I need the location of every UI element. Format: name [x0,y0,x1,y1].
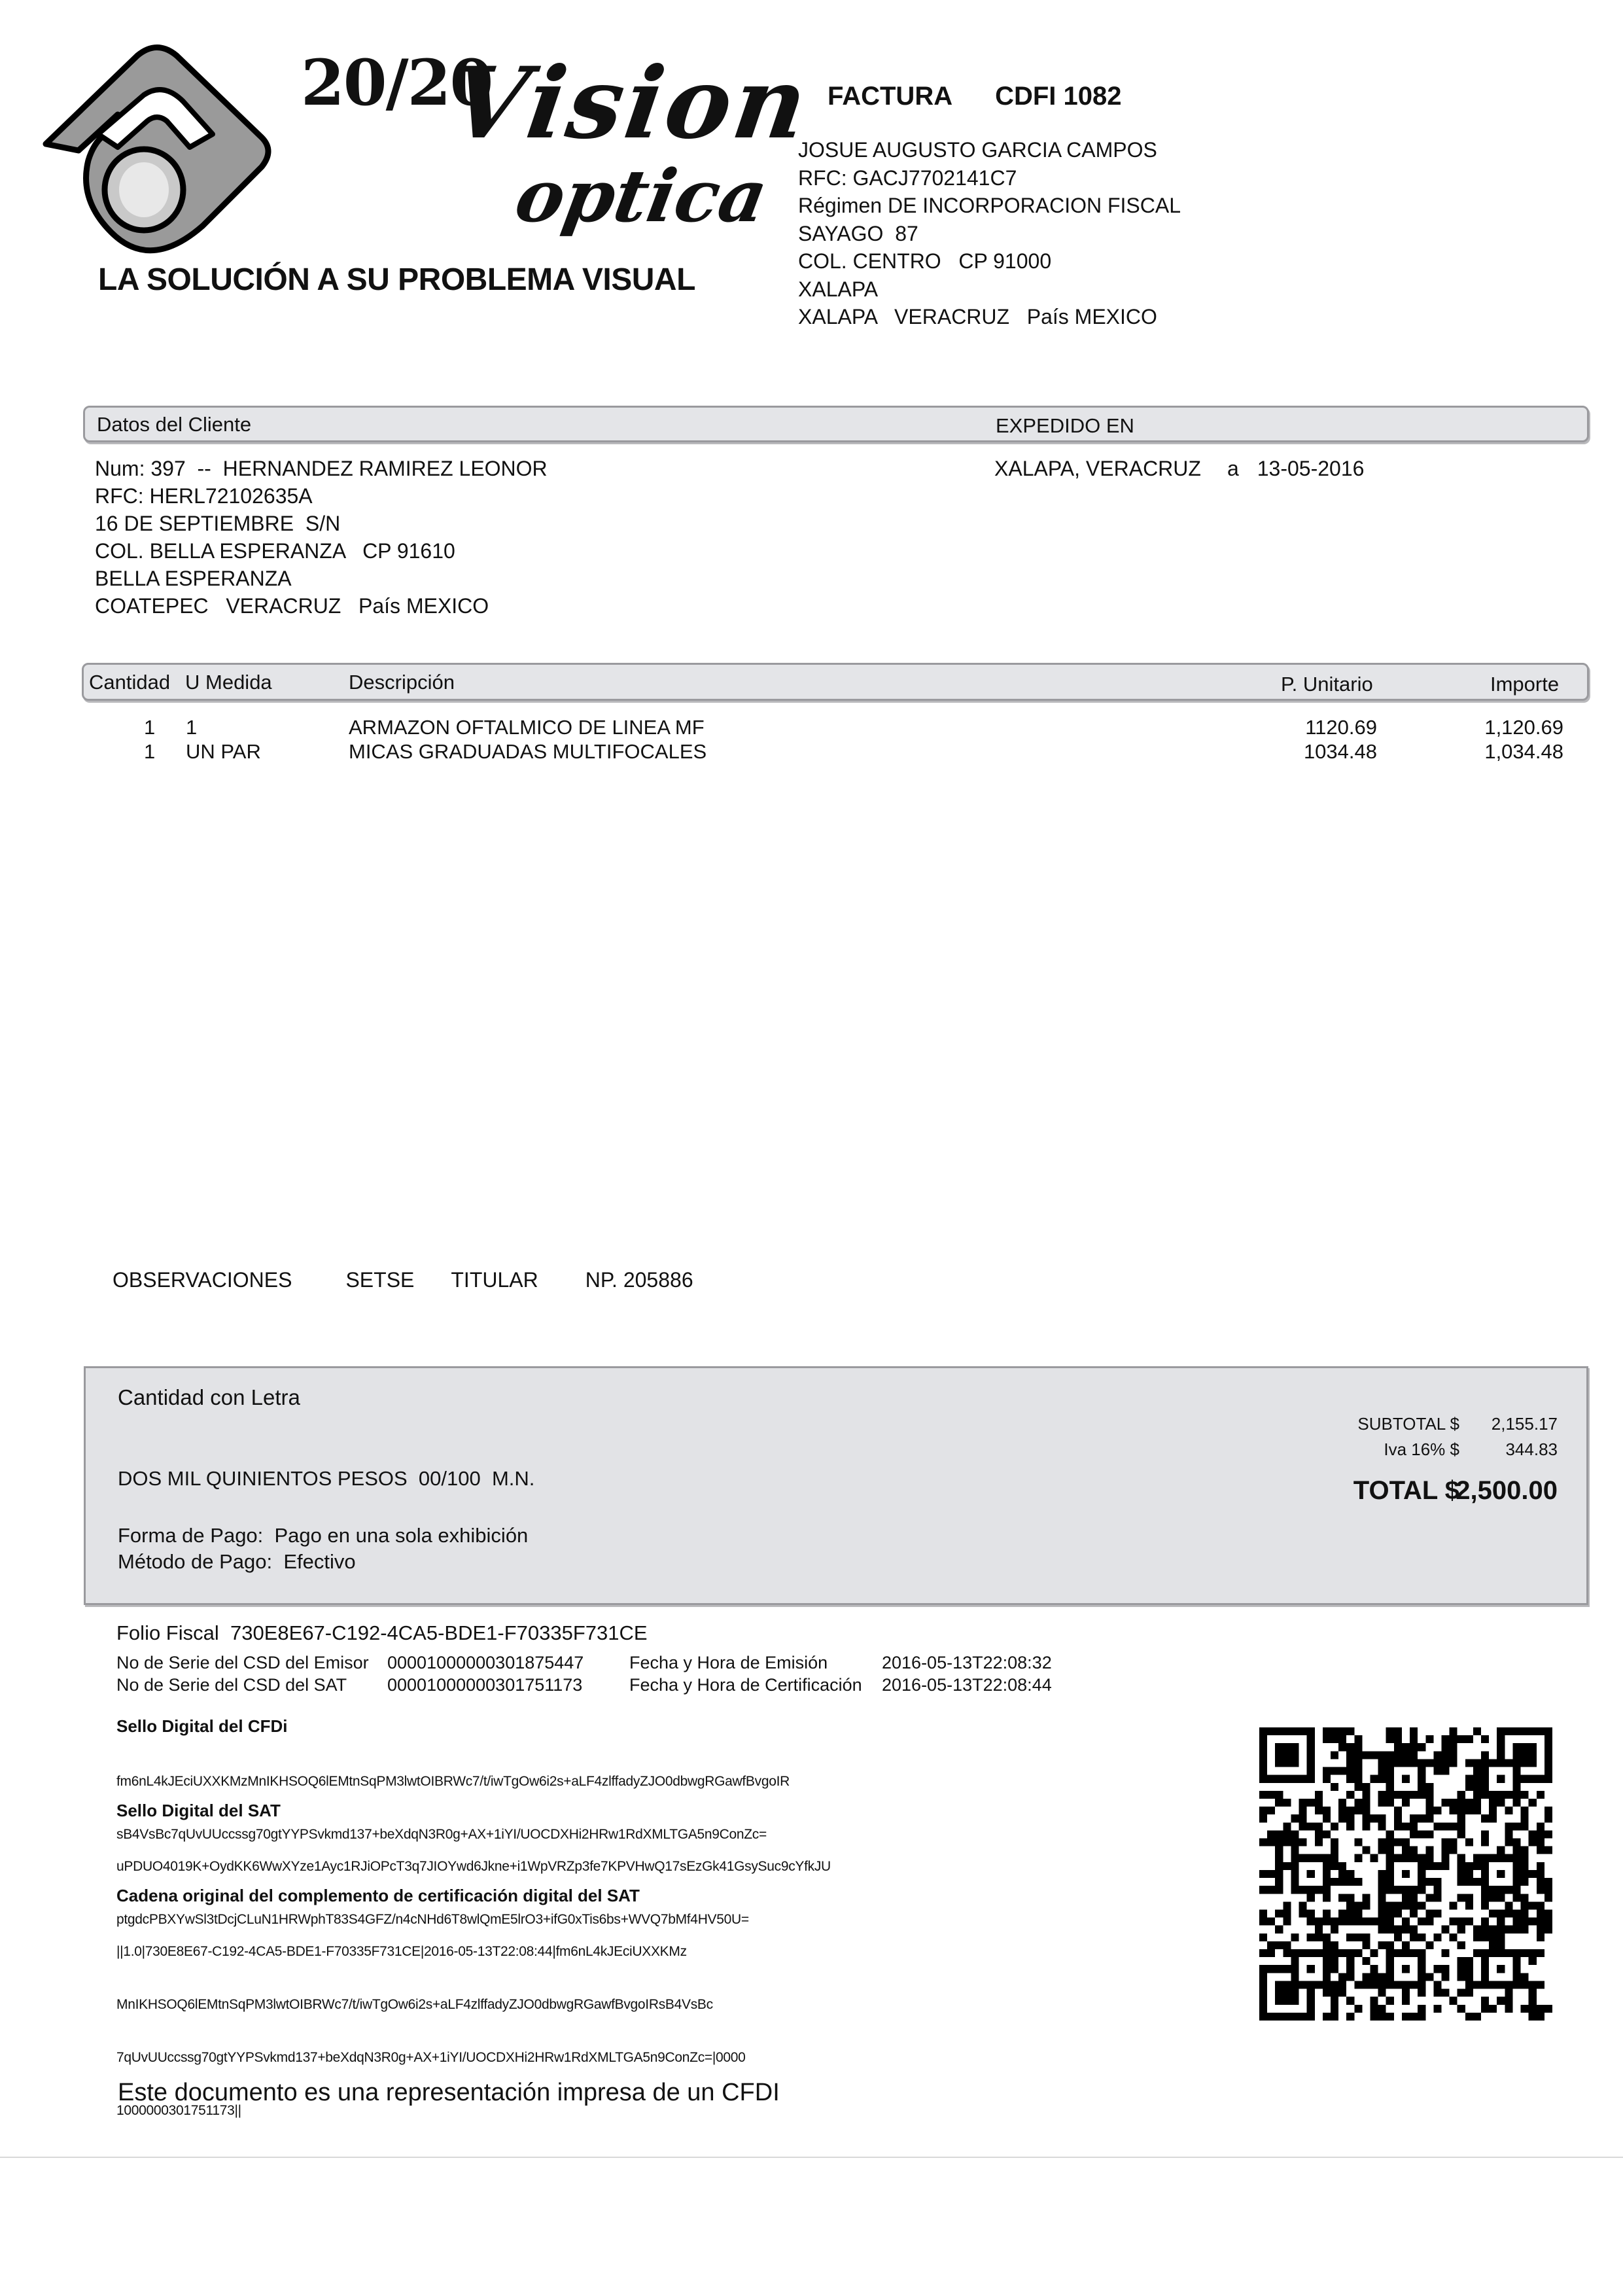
subtotal-value: 2,155.17 [1361,1414,1558,1434]
items-header-bar: Cantidad U Medida Descripción P. Unitari… [82,663,1589,701]
folio-value: 730E8E67-C192-4CA5-BDE1-F70335F731CE [230,1621,648,1644]
item-cantidad-col: 1 1 [144,715,155,764]
page-divider [0,2157,1623,2158]
certificacion-value: 2016-05-13T22:08:44 [882,1675,1052,1695]
client-section-label: Datos del Cliente [97,413,251,436]
issuer-line: SAYAGO 87 [798,220,1181,248]
expedido-connector: a [1227,457,1239,480]
qr-code-icon [1259,1727,1552,2021]
expedido-date: 13-05-2016 [1257,457,1365,480]
observaciones-label: OBSERVACIONES [113,1268,292,1292]
client-line: COATEPEC VERACRUZ País MEXICO [95,592,548,620]
metodo-pago: Método de Pago: Efectivo [118,1550,356,1574]
client-line: 16 DE SEPTIEMBRE S/N [95,510,548,537]
iva-value: 344.83 [1361,1439,1558,1460]
doc-type: FACTURA [828,82,952,111]
expedido-value: XALAPA, VERACRUZa13-05-2016 [994,457,1364,481]
doc-number: CDFI 1082 [995,82,1121,111]
issuer-line: JOSUE AUGUSTO GARCIA CAMPOS [798,136,1181,164]
cadena-line: ||1.0|730E8E67-C192-4CA5-BDE1-F70335F731… [116,1943,746,1960]
logo-word: Vision [444,46,816,161]
sello-sat-title: Sello Digital del SAT [116,1801,281,1821]
document-title: FACTURACDFI 1082 [828,82,1122,111]
cadena-line: 7qUvUUccssg70gtYYPSvkmd137+beXdqN3R0g+AX… [116,2049,746,2066]
item-descripcion: ARMAZON OFTALMICO DE LINEA MF [349,715,707,739]
item-cantidad: 1 [144,739,155,764]
client-block: Num: 397 -- HERNANDEZ RAMIREZ LEONOR RFC… [95,455,548,620]
column-descripcion: Descripción [349,671,455,694]
client-line: Num: 397 -- HERNANDEZ RAMIREZ LEONOR [95,455,548,482]
observaciones: OBSERVACIONESSETSETITULARNP. 205886 [113,1268,693,1292]
totals-box: Cantidad con Letra DOS MIL QUINIENTOS PE… [84,1366,1588,1605]
column-importe: Importe [1490,673,1559,696]
issuer-line: COL. CENTRO CP 91000 [798,247,1181,275]
item-descripcion: MICAS GRADUADAS MULTIFOCALES [349,739,707,764]
footer-note: Este documento es una representación imp… [118,2079,780,2107]
item-unidad: 1 [186,715,261,739]
observaciones-value: TITULAR [451,1268,538,1292]
folio-fiscal: Folio Fiscal 730E8E67-C192-4CA5-BDE1-F70… [116,1621,648,1645]
certificacion-label: Fecha y Hora de Certificación [629,1675,862,1695]
slogan: LA SOLUCIÓN A SU PROBLEMA VISUAL [98,262,695,298]
item-unidad: UN PAR [186,739,261,764]
expedido-label: EXPEDIDO EN [996,414,1134,438]
item-importe: 1,120.69 [1413,715,1563,739]
forma-pago: Forma de Pago: Pago en una sola exhibici… [118,1524,528,1547]
item-cantidad: 1 [144,715,155,739]
cadena-line: MnIKHSOQ6lEMtnSqPM3lwtOIBRWc7/t/iwTgOw6i… [116,1996,746,2013]
item-importe: 1,034.48 [1413,739,1563,764]
item-importe-col: 1,120.69 1,034.48 [1413,715,1563,764]
cadena-title: Cadena original del complemento de certi… [116,1886,640,1906]
item-descripcion-col: ARMAZON OFTALMICO DE LINEA MF MICAS GRAD… [349,715,707,764]
client-line: RFC: HERL72102635A [95,482,548,510]
item-unitario: 1034.48 [1243,739,1377,764]
client-line: COL. BELLA ESPERANZA CP 91610 [95,537,548,565]
issuer-line: RFC: GACJ7702141C7 [798,164,1181,192]
emision-label: Fecha y Hora de Emisión [629,1653,828,1673]
letra-value: DOS MIL QUINIENTOS PESOS 00/100 M.N. [118,1467,534,1491]
letra-label: Cantidad con Letra [118,1385,300,1410]
client-section-bar: Datos del Cliente EXPEDIDO EN [83,406,1589,442]
item-unidad-col: 1 UN PAR [186,715,261,764]
item-unitario-col: 1120.69 1034.48 [1243,715,1377,764]
expedido-place: XALAPA, VERACRUZ [994,457,1201,480]
emisor-serie-label: No de Serie del CSD del Emisor [116,1653,369,1673]
sello-cfdi-title: Sello Digital del CFDi [116,1716,287,1737]
sello-cfdi-line: fm6nL4kJEciUXXKMzMnIKHSOQ6lEMtnSqPM3lwtO… [116,1773,790,1790]
issuer-block: JOSUE AUGUSTO GARCIA CAMPOS RFC: GACJ770… [798,136,1181,331]
emision-value: 2016-05-13T22:08:32 [882,1653,1052,1673]
sat-serie-value: 00001000000301751173 [387,1675,582,1695]
issuer-line: XALAPA [798,275,1181,304]
column-cantidad: Cantidad [89,671,170,694]
logo-sub: optica [510,154,774,238]
item-unitario: 1120.69 [1243,715,1377,739]
emisor-serie-value: 00001000000301875447 [387,1653,584,1673]
folio-label: Folio Fiscal [116,1621,219,1644]
issuer-line: Régimen DE INCORPORACION FISCAL [798,192,1181,220]
issuer-line: XALAPA VERACRUZ País MEXICO [798,303,1181,331]
eye-logo-icon [39,36,275,258]
sat-serie-label: No de Serie del CSD del SAT [116,1675,347,1695]
client-line: BELLA ESPERANZA [95,565,548,592]
sello-sat-line: uPDUO4019K+OydKK6WwXYze1Ayc1RJiOPcT3q7JI… [116,1858,831,1875]
column-unitario: P. Unitario [1281,673,1373,696]
total-value: 2,500.00 [1361,1476,1558,1506]
observaciones-value: SETSE [345,1268,414,1292]
column-unidad: U Medida [185,671,272,694]
observaciones-value: NP. 205886 [585,1268,693,1292]
